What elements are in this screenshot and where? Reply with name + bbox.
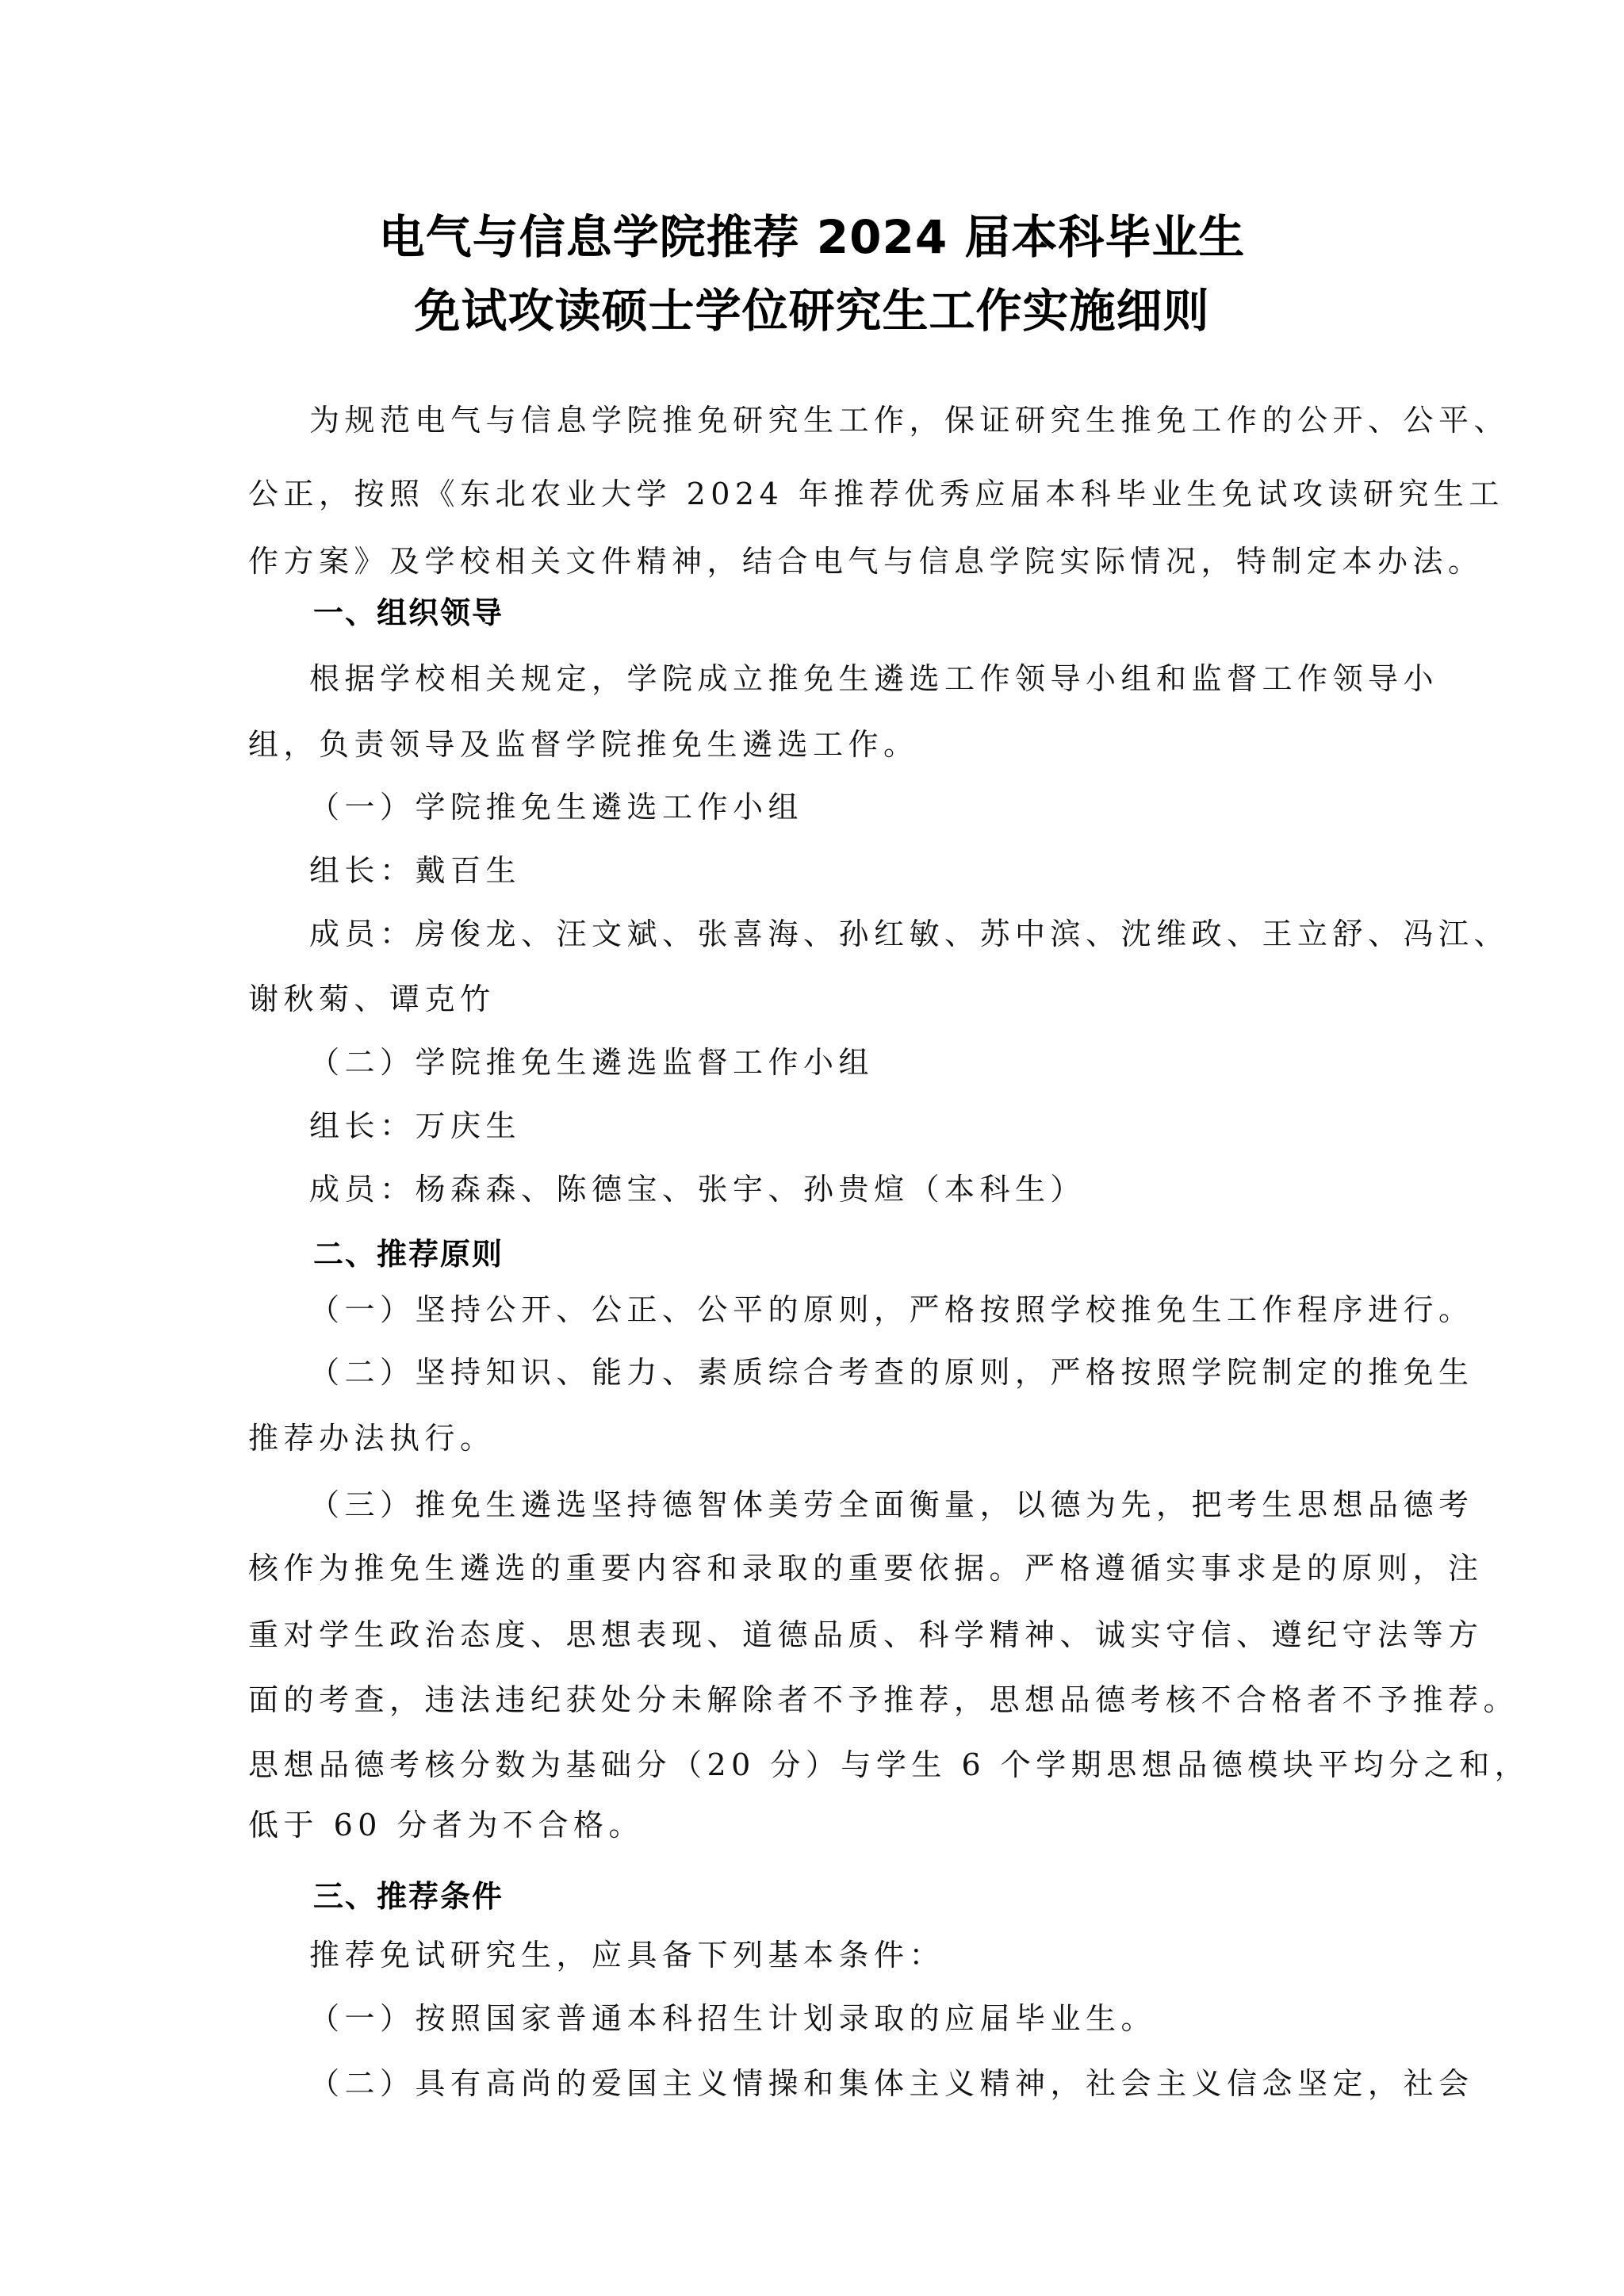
document-title-line-2: 免试攻读硕士学位研究生工作实施细则 [0, 274, 1624, 340]
section-heading-organization: 一、组织领导 [313, 593, 504, 633]
condition-item-1: （一）按照国家普通本科招生计划录取的应届毕业生。 [309, 1999, 1390, 2038]
group1-title: （一）学院推免生遴选工作小组 [309, 787, 1390, 827]
intro-line-3: 作方案》及学校相关文件精神，结合电气与信息学院实际情况，特制定本办法。 [248, 541, 1390, 581]
intro-line-2: 公正，按照《东北农业大学 2024 年推荐优秀应届本科毕业生免试攻读研究生工 [248, 474, 1390, 514]
principle-item-2-line-2: 推荐办法执行。 [248, 1418, 1390, 1458]
section-heading-conditions: 三、推荐条件 [313, 1877, 504, 1916]
group2-title: （二）学院推免生遴选监督工作小组 [309, 1043, 1390, 1082]
group2-members: 成员：杨森森、陈德宝、张宇、孙贵煊（本科生） [309, 1169, 1390, 1209]
conditions-intro: 推荐免试研究生，应具备下列基本条件： [309, 1935, 1390, 1975]
intro-line-1: 为规范电气与信息学院推免研究生工作，保证研究生推免工作的公开、公平、 [309, 400, 1390, 440]
principle-item-3-line-4: 面的考查，违法违纪获处分未解除者不予推荐，思想品德考核不合格者不予推荐。 [248, 1680, 1390, 1720]
group2-leader: 组长：万庆生 [309, 1106, 1390, 1146]
principle-item-3-line-2: 核作为推免生遴选的重要内容和录取的重要依据。严格遵循实事求是的原则，注 [248, 1548, 1390, 1588]
group1-members-line-1: 成员：房俊龙、汪文斌、张喜海、孙红敏、苏中滨、沈维政、王立舒、冯江、 [309, 914, 1390, 954]
group1-members-line-2: 谢秋菊、谭克竹 [248, 979, 1390, 1019]
condition-item-2: （二）具有高尚的爱国主义情操和集体主义精神，社会主义信念坚定，社会 [309, 2064, 1390, 2103]
section1-para-line-2: 组，负责领导及监督学院推免生遴选工作。 [248, 725, 1390, 764]
document-title-line-1: 电气与信息学院推荐 2024 届本科毕业生 [0, 200, 1624, 266]
principle-item-3-line-6: 低于 60 分者为不合格。 [248, 1805, 1390, 1845]
group1-leader: 组长：戴百生 [309, 851, 1390, 890]
section1-para-line-1: 根据学校相关规定，学院成立推免生遴选工作领导小组和监督工作领导小 [309, 659, 1390, 698]
principle-item-3-line-1: （三）推免生遴选坚持德智体美劳全面衡量，以德为先，把考生思想品德考 [309, 1485, 1390, 1525]
principle-item-3-line-3: 重对学生政治态度、思想表现、道德品质、科学精神、诚实守信、遵纪守法等方 [248, 1615, 1390, 1655]
principle-item-2-line-1: （二）坚持知识、能力、素质综合考查的原则，严格按照学院制定的推免生 [309, 1353, 1390, 1392]
principle-item-1: （一）坚持公开、公正、公平的原则，严格按照学校推免生工作程序进行。 [309, 1290, 1390, 1330]
principle-item-3-line-5: 思想品德考核分数为基础分（20 分）与学生 6 个学期思想品德模块平均分之和， [248, 1745, 1390, 1785]
section-heading-principles: 二、推荐原则 [313, 1234, 504, 1274]
